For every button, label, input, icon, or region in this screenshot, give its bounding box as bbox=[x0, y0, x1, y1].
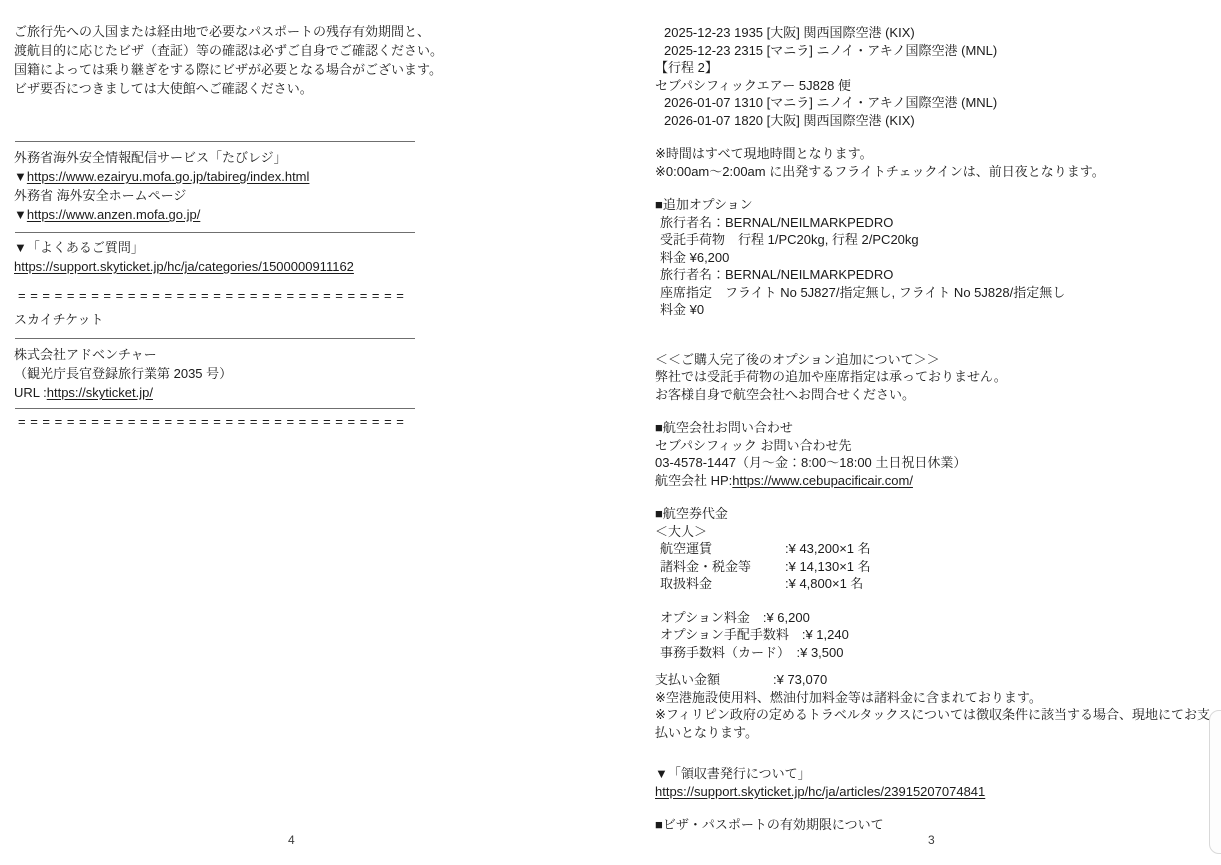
note-early-checkin: ※0:00am～2:00am に出発するフライトチェックインは、前日夜となります… bbox=[655, 163, 1217, 181]
visa-notice-line: ビザ要否につきましては大使館へご確認ください。 bbox=[14, 79, 426, 98]
tabireg-label: 外務省海外安全情報配信サービス「たびレジ」 bbox=[14, 148, 426, 167]
equals-separator: = = = = = = = = = = = = = = = = = = = = … bbox=[18, 415, 426, 429]
traveler-name: 旅行者名：BERNAL/NEILMARKPEDRO bbox=[655, 214, 1217, 232]
baggage-fee: 料金 ¥6,200 bbox=[655, 249, 1217, 267]
total-block: 支払い金額:¥ 73,070 ※空港施設使用料、燃油付加料金等は諸料金に含まれて… bbox=[655, 671, 1217, 741]
note-travel-tax: ※フィリピン政府の定めるトラベルタックスについては徴収条件に該当する場合、現地に… bbox=[655, 706, 1217, 741]
traveler-name: 旅行者名：BERNAL/NEILMARKPEDRO bbox=[655, 266, 1217, 284]
fare-row-label: 航空運賃 bbox=[660, 540, 785, 558]
note-local-time: ※時間はすべて現地時間となります。 bbox=[655, 145, 1217, 163]
contact-heading: ■航空会社お問い合わせ bbox=[655, 419, 1217, 437]
total-value: :¥ 73,070 bbox=[773, 672, 827, 687]
url-prefix-label: URL : bbox=[14, 385, 47, 400]
post-purchase-section: ＜＜ご購入完了後のオプション追加について＞＞ 弊社では受託手荷物の追加や座席指定… bbox=[655, 351, 1217, 404]
airline-contact-section: ■航空会社お問い合わせ セブパシフィック お問い合わせ先 03-4578-144… bbox=[655, 419, 1217, 489]
company-url-line: URL :https://skyticket.jp/ bbox=[14, 383, 426, 402]
hp-prefix-label: 航空会社 HP: bbox=[655, 473, 732, 488]
receipt-link[interactable]: https://support.skyticket.jp/hc/ja/artic… bbox=[655, 784, 985, 799]
divider bbox=[15, 408, 415, 409]
fare-row: 航空運賃:¥ 43,200×1 名 bbox=[655, 540, 1217, 558]
brand-name: スカイチケット bbox=[14, 310, 426, 329]
fare-row: 取扱料金:¥ 4,800×1 名 bbox=[655, 575, 1217, 593]
leg2-departure: 2026-01-07 1310 [マニラ] ニノイ・アキノ国際空港 (MNL) bbox=[655, 94, 1217, 112]
itinerary-section: 2025-12-23 1935 [大阪] 関西国際空港 (KIX) 2025-1… bbox=[655, 24, 1217, 129]
receipt-heading: ▼「領収書発行について」 bbox=[655, 765, 1217, 783]
note-fees-included: ※空港施設使用料、燃油付加料金等は諸料金に含まれております。 bbox=[655, 689, 1217, 707]
fare-row: 諸料金・税金等:¥ 14,130×1 名 bbox=[655, 558, 1217, 576]
tabireg-link[interactable]: https://www.ezairyu.mofa.go.jp/tabireg/i… bbox=[27, 169, 310, 184]
page-right: 2025-12-23 1935 [大阪] 関西国際空港 (KIX) 2025-1… bbox=[655, 24, 1217, 834]
post-purchase-line: お客様自身で航空会社へお問合せください。 bbox=[655, 386, 1217, 404]
post-purchase-line: 弊社では受託手荷物の追加や座席指定は承っておりません。 bbox=[655, 368, 1217, 386]
option-fee-row: オプション手配手数料 :¥ 1,240 bbox=[655, 626, 1217, 644]
visa-notice-line: ご旅行先への入国または経由地で必要なパスポートの残存有効期間と、 bbox=[14, 22, 426, 41]
fare-row-label: 諸料金・税金等 bbox=[660, 558, 785, 576]
visa-passport-heading: ■ビザ・パスポートの有効期限について bbox=[655, 816, 1217, 834]
option-fee-row: 事務手数料（カード） :¥ 3,500 bbox=[655, 644, 1217, 662]
company-section: 株式会社アドベンチャー （観光庁長官登録旅行業第 2035 号） URL :ht… bbox=[14, 345, 426, 402]
option-fee-row: オプション料金 :¥ 6,200 bbox=[655, 609, 1217, 627]
leg2-arrival: 2026-01-07 1820 [大阪] 関西国際空港 (KIX) bbox=[655, 112, 1217, 130]
fare-row-label: 取扱料金 bbox=[660, 575, 785, 593]
page-number-left: 4 bbox=[288, 833, 295, 847]
anzen-link[interactable]: https://www.anzen.mofa.go.jp/ bbox=[27, 207, 200, 222]
anzen-link-line: ▼https://www.anzen.mofa.go.jp/ bbox=[14, 205, 426, 224]
contact-phone: 03-4578-1447（月～金：8:00～18:00 土日祝日休業） bbox=[655, 454, 1217, 472]
divider bbox=[15, 232, 415, 233]
document-spread: ご旅行先への入国または経由地で必要なパスポートの残存有効期間と、 渡航目的に応じ… bbox=[0, 0, 1221, 865]
options-heading: ■追加オプション bbox=[655, 196, 1217, 214]
company-link[interactable]: https://skyticket.jp/ bbox=[47, 385, 153, 400]
faq-link-line: https://support.skyticket.jp/hc/ja/categ… bbox=[14, 257, 426, 276]
contact-name: セブパシフィック お問い合わせ先 bbox=[655, 437, 1217, 455]
total-label: 支払い金額 bbox=[655, 671, 773, 689]
baggage-option: 受託手荷物 行程 1/PC20kg, 行程 2/PC20kg bbox=[655, 231, 1217, 249]
page-number-right: 3 bbox=[928, 833, 935, 847]
page-left: ご旅行先への入国または経由地で必要なパスポートの残存有効期間と、 渡航目的に応じ… bbox=[14, 22, 426, 429]
receipt-link-line: https://support.skyticket.jp/hc/ja/artic… bbox=[655, 783, 1217, 801]
anzen-label: 外務省 海外安全ホームページ bbox=[14, 186, 426, 205]
leg1-departure: 2025-12-23 1935 [大阪] 関西国際空港 (KIX) bbox=[655, 24, 1217, 42]
total-row: 支払い金額:¥ 73,070 bbox=[655, 671, 1217, 689]
company-license: （観光庁長官登録旅行業第 2035 号） bbox=[14, 364, 426, 383]
fare-adult-label: ＜大人＞ bbox=[655, 523, 1217, 541]
tabireg-link-line: ▼https://www.ezairyu.mofa.go.jp/tabireg/… bbox=[14, 167, 426, 186]
visa-notice-line: 国籍によっては乗り継ぎをする際にビザが必要となる場合がございます。 bbox=[14, 60, 426, 79]
leg2-flight: セブパシフィックエアー 5J828 便 bbox=[655, 77, 1217, 95]
leg1-arrival: 2025-12-23 2315 [マニラ] ニノイ・アキノ国際空港 (MNL) bbox=[655, 42, 1217, 60]
triangle-bullet-icon: ▼ bbox=[14, 207, 27, 222]
seat-option: 座席指定 フライト No 5J827/指定無し, フライト No 5J828/指… bbox=[655, 284, 1217, 302]
receipt-section: ▼「領収書発行について」 https://support.skyticket.j… bbox=[655, 765, 1217, 800]
seat-fee: 料金 ¥0 bbox=[655, 301, 1217, 319]
divider bbox=[15, 338, 415, 339]
additional-options-section: ■追加オプション 旅行者名：BERNAL/NEILMARKPEDRO 受託手荷物… bbox=[655, 196, 1217, 319]
divider bbox=[15, 141, 415, 142]
mofa-links-section: 外務省海外安全情報配信サービス「たびレジ」 ▼https://www.ezair… bbox=[14, 148, 426, 224]
contact-hp-line: 航空会社 HP:https://www.cebupacificair.com/ bbox=[655, 472, 1217, 490]
fare-row-value: :¥ 43,200×1 名 bbox=[785, 541, 871, 556]
faq-section: ▼「よくあるご質問」 https://support.skyticket.jp/… bbox=[14, 238, 426, 276]
leg2-heading: 【行程 2】 bbox=[655, 59, 1217, 77]
faq-link[interactable]: https://support.skyticket.jp/hc/ja/categ… bbox=[14, 259, 354, 274]
fare-options-block: オプション料金 :¥ 6,200 オプション手配手数料 :¥ 1,240 事務手… bbox=[655, 609, 1217, 662]
visa-notice-line: 渡航目的に応じたビザ（査証）等の確認は必ずご自身でご確認ください。 bbox=[14, 41, 426, 60]
equals-separator: = = = = = = = = = = = = = = = = = = = = … bbox=[18, 289, 426, 303]
airline-hp-link[interactable]: https://www.cebupacificair.com/ bbox=[732, 473, 913, 488]
time-notes-section: ※時間はすべて現地時間となります。 ※0:00am～2:00am に出発するフラ… bbox=[655, 145, 1217, 180]
fare-heading: ■航空券代金 bbox=[655, 505, 1217, 523]
faq-label: ▼「よくあるご質問」 bbox=[14, 238, 426, 257]
edge-panel-fragment bbox=[1209, 710, 1221, 854]
fare-row-value: :¥ 14,130×1 名 bbox=[785, 559, 871, 574]
visa-notice-paragraph: ご旅行先への入国または経由地で必要なパスポートの残存有効期間と、 渡航目的に応じ… bbox=[14, 22, 426, 98]
fare-section: ■航空券代金 ＜大人＞ 航空運賃:¥ 43,200×1 名 諸料金・税金等:¥ … bbox=[655, 505, 1217, 593]
post-purchase-heading: ＜＜ご購入完了後のオプション追加について＞＞ bbox=[655, 351, 1217, 369]
company-name: 株式会社アドベンチャー bbox=[14, 345, 426, 364]
triangle-bullet-icon: ▼ bbox=[14, 169, 27, 184]
fare-row-value: :¥ 4,800×1 名 bbox=[785, 576, 863, 591]
